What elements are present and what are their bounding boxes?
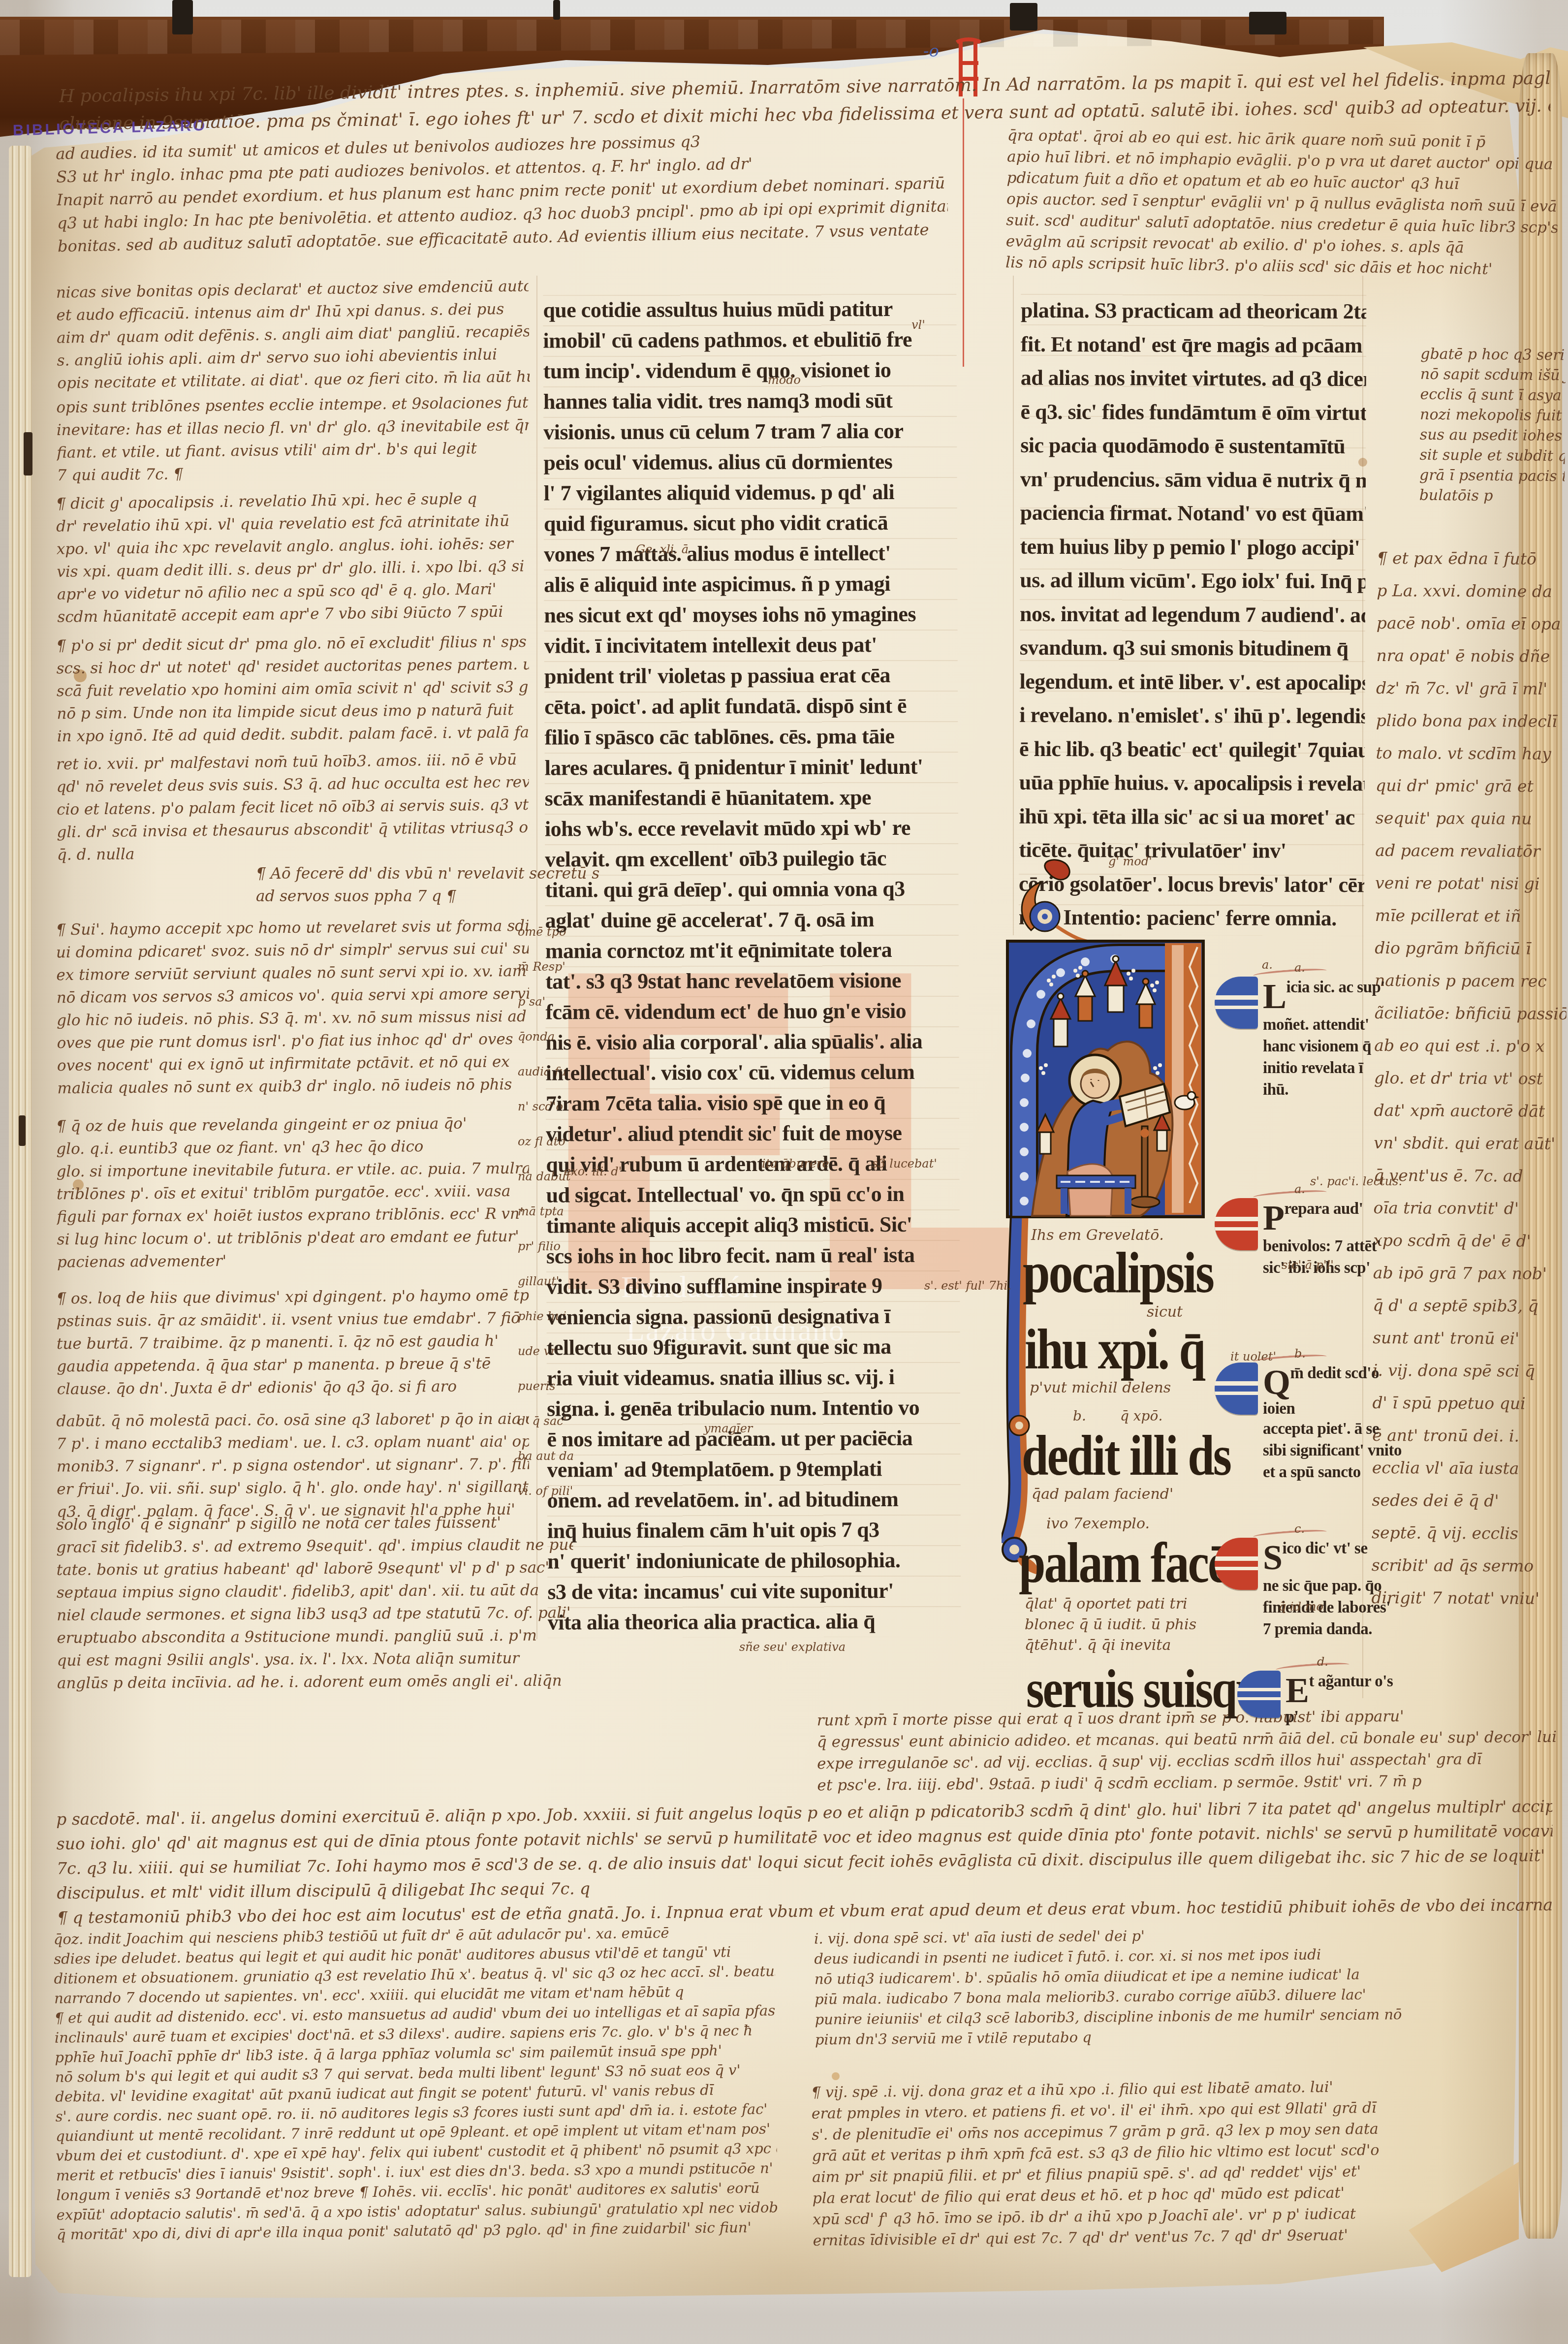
gloss-bottom-right-2: ¶ vij. spē .i. vij. dona graz et a ihū x… xyxy=(811,2074,1559,2251)
text-line: gbatē p hoc q3 serius q3 xyxy=(1420,344,1566,366)
text-line: sus au psedit iohes scp' xyxy=(1420,425,1565,446)
gloss-left-p9: ¶ os. loq de hiis que divimus' xpi dging… xyxy=(56,1284,530,1401)
text-line: monib3. 7 signanr'. r'. p signa ostendor… xyxy=(57,1453,529,1478)
text-line: bulatōis p xyxy=(1419,485,1565,507)
gloss-left-p3: ¶ dicit g' apocalipsis .i. revelatio Ihū… xyxy=(56,487,530,629)
reference-letter: a. xyxy=(1262,958,1273,972)
gloss-paragraph-d: c. Sico dic' vt' se ne sic q̄ue pap. q̄o… xyxy=(1263,1540,1386,1640)
text-line: nationis p pacem rec xyxy=(1375,964,1567,998)
text-line: anglūs p deita incīivia. ad he. i. adore… xyxy=(57,1669,574,1694)
text-line: scā fuit revelatio xpo homini aim omīa s… xyxy=(57,676,529,702)
text-line: ne sic q̄ue pap. q̄o xyxy=(1263,1575,1386,1597)
text-line: scribit' ad q̄s sermo xyxy=(1372,1549,1564,1583)
text-line: svandum. q3 sui smonis bitudinem q̄ xyxy=(1020,631,1365,666)
text-line: scs iohs in hoc libro fecit. nam ū real'… xyxy=(546,1240,960,1272)
text-line: to malo. vt scdīm hay xyxy=(1376,737,1568,770)
binding-clip xyxy=(1010,3,1037,31)
text-line: n' querit' indoniunicate de philosophia. xyxy=(547,1545,961,1577)
interlinear-gloss-5: ivo 7exemplo. xyxy=(1046,1515,1150,1532)
text-line: veniam' ad 9templatōem. p 9templati xyxy=(547,1454,960,1486)
text-line: aglat' duine gē accelerat'. 7 q̄. osā im xyxy=(545,904,959,936)
binding-slot xyxy=(24,432,32,475)
paragraph-letter: a. xyxy=(1294,1182,1305,1196)
text-line: pacē nob'. omīa eī opa xyxy=(1377,607,1568,640)
interlinear-note: s3 lucebat' xyxy=(872,1157,937,1171)
text-line: p La. xxvi. domine da xyxy=(1377,574,1568,608)
text-line: scāx manifestandi ē hūanitatem. xpe xyxy=(545,782,958,814)
text-line: imobil' cū cadens pathmos. et ebulitiō f… xyxy=(543,324,956,356)
paragraph-lines: benivolos: 7 attēt'sic' ibi. iohs scp' xyxy=(1263,1235,1386,1279)
text-line: ud sigcat. Intellectual' vo. q̄n spū cc'… xyxy=(546,1179,960,1211)
lectern-base xyxy=(1130,1197,1160,1207)
finial-spiral-dot xyxy=(1042,914,1048,919)
text-line: clause. q̄o dn'. Juxta ē dr' edionis' q̄… xyxy=(57,1375,529,1401)
gloss-left-p10: dabūt. q̄ nō molestā paci. c̄o. osā sine… xyxy=(56,1407,529,1523)
text-line: veni re potat' nisi gi xyxy=(1375,867,1567,900)
interlinear-note: g' mod' xyxy=(1108,855,1152,868)
text-line: oves nocent' qui ex ignō ut infirmitate … xyxy=(57,1050,530,1077)
text-line: l' 7 vigilantes aliquid videmus. p qd' a… xyxy=(544,477,957,509)
text-line: mania cornctoz mt'it eq̄nimitate tolera xyxy=(545,935,959,967)
citation-note: Ge. xli. ā xyxy=(636,542,689,556)
paragraph-initial-bowl-blue xyxy=(1237,1671,1281,1718)
paragraph-big-initial: L xyxy=(1263,977,1286,1016)
text-line: ecclis q̄ sunt ī asya mi xyxy=(1420,384,1565,406)
text-line: 7 p'. i mano ecctalib3 mediam'. ue. l. c… xyxy=(57,1430,529,1455)
text-line: sunt ant' tronū ei' xyxy=(1373,1322,1565,1355)
text-line: qui dr' pmic' grā et xyxy=(1376,769,1568,803)
text-line: nō dicam vos servos s3 amicos vo'. quia … xyxy=(57,982,529,1009)
text-line: septē. q̄ vij. ecclis xyxy=(1372,1517,1564,1550)
text-line: vidit. S3 divino sufflamine inspirate 9 xyxy=(546,1270,960,1302)
manuscript-photo: FLG Fundación Lázaro Galdiano BIBLIOTECA… xyxy=(0,0,1568,2344)
text-line: tate. bonis ut gratius habeant' qd' labo… xyxy=(57,1556,573,1581)
text-line: filio ī spāsco cāc tablōnes. cēs. pma tā… xyxy=(544,721,958,753)
text-line: videtur'. aliud ptendit sic' fuit de moy… xyxy=(546,1118,959,1150)
text-line: uūa pphīe huius. v. apocalipsis i revela… xyxy=(1019,766,1365,801)
text-line: legendum. et intē liber. v'. est apocali… xyxy=(1019,665,1365,699)
gloss-left-p5: ret io. xvii. pr' malfestavi nom̄ tuū ho… xyxy=(56,748,530,866)
text-line: eruptuabo abscondita a 9stitucione mundi… xyxy=(57,1624,573,1649)
text-line: oīa tria convtit' d' xyxy=(1373,1192,1565,1225)
interlinear-note: modo xyxy=(768,373,801,387)
paragraph-big-initial: S xyxy=(1263,1538,1283,1577)
text-line: ē q3. sic' fides fundāmtum ē oīm virtutū xyxy=(1020,395,1366,430)
binding-clip xyxy=(172,0,193,34)
gloss-bottom-left: q̄oz. indit Joachim qui nesciens phib3 t… xyxy=(54,1922,778,2244)
gloss-left-p1: nicas sive bonitas opis declarat' et auc… xyxy=(56,275,530,394)
text-line: qui est magni 9silii angls'. ysa. ix. l'… xyxy=(57,1647,573,1672)
text-line: timante aliquis accepit aliq3 misticū. S… xyxy=(546,1209,960,1241)
bench-leg xyxy=(1125,1188,1131,1214)
text-line: ãciliatōe: bñficiū passiō xyxy=(1375,997,1567,1030)
text-line: intellectual'. visio cox' cū. videmus ce… xyxy=(546,1057,959,1089)
text-line: gracī sit fidelib3. s'. ad extremo 9sequ… xyxy=(56,1533,573,1558)
margin-note: s'. est' ful' 7hi. xyxy=(924,1279,1011,1293)
eagle-head xyxy=(1188,1092,1195,1100)
text-line: veniencia signa. passionū designativa ī xyxy=(546,1301,960,1333)
text-line: vn' sbdit. qui erat aūt' xyxy=(1374,1127,1566,1160)
text-line: us. ad illum vicūm'. Ego iolx' fui. Inq̄… xyxy=(1020,564,1365,599)
interlinear-note: it uolet' xyxy=(1230,1350,1276,1363)
paragraph-lines: accepta piet'. ā sesibi significant' vni… xyxy=(1263,1418,1386,1483)
text-line: signa. i. genēa tribulacio num. Intentio… xyxy=(547,1393,960,1425)
text-line: inq̄ huius finalem cām h'uit opis 7 q3 xyxy=(547,1515,961,1547)
text-line: figuli par fornax ex' hoiēt iustos expra… xyxy=(57,1203,529,1229)
text-line: vn' prudencius. sām vidua ē nutrix q̄ no… xyxy=(1020,462,1366,497)
interlinear-note: sñe seu' explativa xyxy=(739,1640,846,1654)
text-line: fcām cē. videndum ect' de huo gn'e visio xyxy=(545,996,959,1028)
text-line: hannes talia vidit. tres namq3 modi sūt xyxy=(543,385,957,417)
paragraph-lines: moñet. attendit'hanc visionem q̄initio r… xyxy=(1263,1014,1386,1101)
display-line-1: pocalipsis xyxy=(1023,1239,1213,1306)
binding-pin xyxy=(553,0,560,20)
text-line: pstinas suis. q̄r az smāidit'. ii. vsent… xyxy=(57,1307,529,1333)
text-line: benivolos: 7 attēt' xyxy=(1263,1235,1386,1257)
margin-note: s'. pac'i. lectus. xyxy=(1310,1174,1402,1188)
text-line: sit suple et subdit qd' xyxy=(1419,445,1565,467)
text-line: quid figuramus. sicut pho vidit craticā xyxy=(544,507,957,539)
text-line: ui domina pdicaret' svoz. suis nō dr' si… xyxy=(56,937,529,964)
text-line: glo hic nō iudeis. nō phis. S3 q̄. m'. x… xyxy=(57,1005,529,1032)
text-line: dabūt. q̄ nō molestā paci. c̄o. osā sine… xyxy=(56,1407,529,1432)
text-line: cēta. poict'. ad aplit fundatā. dispō si… xyxy=(544,691,958,723)
text-line: dz' m̄ 7c. vl' grā ī ml' xyxy=(1376,672,1568,705)
text-line: et a spū sancto xyxy=(1263,1461,1386,1483)
text-line: ¶ et pax ēdna ī futō xyxy=(1377,542,1568,575)
interlinear-gloss-4: q̄ad palam faciend' xyxy=(1032,1486,1173,1503)
text-line: ē nos imitare ad paciēam. ut per paciēci… xyxy=(547,1423,960,1455)
binding-clip xyxy=(1249,12,1286,34)
paragraph-first-line: ico dic' vt' se xyxy=(1283,1540,1368,1557)
gloss-left-p4: ¶ p'o si pr' dedit sicut dr' pma glo. nō… xyxy=(56,631,530,748)
text-line: moñet. attendit' xyxy=(1263,1014,1386,1036)
text-line: q̄ d' a septē spib3, q̄ xyxy=(1373,1289,1565,1323)
finial-leaf-red xyxy=(1045,860,1070,880)
paragraph-big-initial: P xyxy=(1263,1198,1284,1237)
text-line: velavit. qm excellent' oīb3 puilegio tāc xyxy=(545,843,958,875)
text-line: glo. si importune inevitabile futura. er… xyxy=(57,1157,529,1183)
gloss-top-right: q̄ra optat'. q̄roi ab eo qui est. hic ār… xyxy=(1005,125,1559,281)
gloss-paragraph-e: d. Et ag̃antur o's p' xyxy=(1286,1673,1409,1726)
mantle xyxy=(1067,1164,1113,1216)
citation-note: exo. iii. d' xyxy=(564,1165,622,1178)
main-column-right: platina. S3 practicam ad theoricam 2tat'… xyxy=(1019,294,1367,936)
text-line: nis ē. visio alia corporal'. alia spūali… xyxy=(545,1026,959,1058)
text-line: malicia quales nō sunt ex quib3 dr' ingl… xyxy=(57,1073,530,1100)
text-line: nes sicut ext qd' moyses iohs nō ymagine… xyxy=(544,599,957,631)
text-line: ē hic lib. q3 beatic' ect' quilegit' 7qu… xyxy=(1019,732,1365,767)
frame-band-pink xyxy=(1172,945,1184,1213)
main-column-left: que cotidie assultus huius mūdi patituri… xyxy=(543,294,961,1638)
text-line: pacienas advementer' xyxy=(57,1248,530,1274)
gloss-paragraph-c: b. Qm̄ dedit scd'o ioien accepta piet'. … xyxy=(1263,1364,1386,1483)
text-line: onem. ad revelatōem. in'. ad bitudinem xyxy=(547,1484,961,1516)
text-line: iohs wb's. ecce revelavit mūdo xpi wb' r… xyxy=(545,813,958,845)
text-line: tellectu suo 9figuravit. sunt que sic ma xyxy=(547,1331,960,1363)
text-line: d' ī spū ppetuo qui xyxy=(1372,1387,1564,1420)
lectern-knob xyxy=(1140,1129,1149,1138)
paragraph-letter: d. xyxy=(1317,1655,1328,1669)
text-line: hanc visionem q̄ xyxy=(1263,1036,1386,1057)
column-rule xyxy=(1013,276,1014,935)
text-line: gaudia appetenda. q̄ q̄ua star' p manent… xyxy=(57,1352,529,1378)
text-line: ab ipō grā 7 pax nob' xyxy=(1373,1257,1565,1290)
text-line: si lug hinc locum o'. ut triblōnis p'dea… xyxy=(57,1225,529,1251)
text-line: glo. et dr' tria vt' ost xyxy=(1374,1062,1566,1095)
text-line: dio pgrām bñficiū ī xyxy=(1375,932,1567,965)
interlinear-note: q̄ id mo xyxy=(1279,1600,1323,1614)
text-line: solo inglō' q̄ ē signanr' p sigillo ne n… xyxy=(56,1511,573,1536)
text-line: nō sapit scdum išū Ju xyxy=(1420,364,1566,386)
text-line: tem huius liby p pemio l' plogo accipi' xyxy=(1020,530,1365,565)
paragraph-first-line: repara aud' xyxy=(1284,1200,1363,1218)
text-line: vidit. ī incivitatem intellexit deus pat… xyxy=(544,630,958,662)
text-line: niel claude sermones. et signa lib3 usq3… xyxy=(57,1601,573,1626)
text-line: lares aculares. q̄ pnidentur ī minit' le… xyxy=(544,752,958,784)
text-line: ¶ Sui'. haymo accepit xpc homo ut revela… xyxy=(56,915,528,941)
text-line: 7 premia danda. xyxy=(1263,1618,1386,1640)
text-line: paciencia firmat. Notand' vo est q̄ūam' xyxy=(1020,496,1366,531)
bench-leg xyxy=(1061,1188,1067,1214)
text-line: nra opat' ē nobis dñe xyxy=(1376,639,1568,673)
text-line: plido bona pax indeclī xyxy=(1376,704,1568,738)
text-line: vita alia theorica alia practica. alia q… xyxy=(548,1606,961,1638)
text-line: grā ī psentia pacis tri xyxy=(1419,465,1565,487)
interlinear-gloss-2: p'vut michil delens xyxy=(1030,1379,1171,1396)
text-line: alis ē aliquid inte aspicimus. ñ p ymagi xyxy=(544,569,957,601)
text-line: nō p sim. Unde non ita limpide sicut deu… xyxy=(57,698,529,725)
text-line: pnident tril' violetas p passiua erat cē… xyxy=(544,660,958,692)
text-line: sedes dei ē q̄ d' xyxy=(1372,1484,1564,1518)
gloss-left-p8: ¶ q̄ oz de huis que revelanda gingeint e… xyxy=(56,1112,530,1274)
text-line: nos. invitat ad legendum 7 audiend'. ad xyxy=(1020,597,1365,632)
text-line: titani. qui grā deīep'. qui omnia vona q… xyxy=(545,874,958,906)
margin-note: sic' ā p'l'. xyxy=(1282,1258,1337,1272)
text-line: ab eo qui est .i. p'o x xyxy=(1374,1029,1566,1063)
text-line: oves que pie runt domus isrl'. p'o fiat … xyxy=(57,1028,529,1054)
paragraph-first-line: icia sic. ac sup' xyxy=(1286,979,1385,996)
gloss-left-p2: opis sunt triblōnes psentes ecclie intem… xyxy=(56,391,530,487)
gloss-paragraph-a: a. Licia sic. ac sup' moñet. attendit'ha… xyxy=(1263,979,1386,1101)
text-line: s3 de vita: incamus' cui vite suponitur' xyxy=(547,1576,961,1608)
text-line: platina. S3 practicam ad theoricam 2tat'… xyxy=(1021,294,1366,329)
paragraph-letter: b. xyxy=(1294,1347,1306,1361)
text-line: er friui'. Jo. vii. sñi. sup' siglo. q̄ … xyxy=(57,1475,529,1500)
text-line: tat'. s3 q3 9stat hanc revelatōem vision… xyxy=(545,965,959,997)
interlinear-note: ita q̄burere xyxy=(762,1157,829,1171)
paragraph-letter: c. xyxy=(1294,1522,1305,1536)
blue-pen-mark: -o xyxy=(923,41,939,61)
interlinear-note: vl' xyxy=(911,318,925,332)
quire-mark-tail xyxy=(963,98,964,367)
text-line: vones 7 mattas. alius modus ē intellect' xyxy=(544,538,957,570)
interlinear-gloss-3: q̄ xpō. xyxy=(1120,1408,1162,1424)
text-line: mīe pcillerat et iñ xyxy=(1375,899,1567,933)
text-line: triblōnes p'. oīs et exitui' triblōm pur… xyxy=(57,1180,529,1206)
paragraph-big-initial: Q xyxy=(1263,1362,1290,1402)
interlinear-note: ymagīer xyxy=(704,1422,753,1435)
letter-b: b. xyxy=(1073,1408,1086,1424)
text-line: ad alias nos invitet virtutes. ad q3 dic… xyxy=(1021,361,1366,396)
gloss-right-margin-1: gbatē p hoc q3 serius q3nō sapit scdum i… xyxy=(1419,344,1566,507)
text-line: in xpo ignō. Itē ad quid dedit. subdit. … xyxy=(57,721,530,748)
text-line: ¶ os. loq de hiis que divimus' xpi dging… xyxy=(56,1284,529,1310)
text-line: visionis. unus cū celum 7 tram 7 alia co… xyxy=(543,416,957,448)
display-line-3: dedit illi ds xyxy=(1022,1424,1230,1489)
text-line: i revelano. n'emislet'. s' ihū p'. legen… xyxy=(1019,698,1365,733)
text-line: glo. q.i. euntib3 que oz fiant. vn' q3 h… xyxy=(56,1135,529,1161)
text-line: i. vij. dona spē sci q̄ xyxy=(1373,1354,1565,1388)
text-line: tum incip'. videndum ē quo. visionet io xyxy=(543,355,957,387)
paragraph-letter: a. xyxy=(1294,961,1305,975)
display-line-4: palam facē xyxy=(1019,1531,1228,1596)
gloss-top-left: ad audies. id ita sumit' ut amicos et du… xyxy=(56,126,948,258)
gloss-bottom-right-1: i. vij. dona spē sci. vt' aīa iusti de s… xyxy=(814,1922,1556,2050)
text-line: q̄ vent'us ē. 7c. ad xyxy=(1374,1159,1566,1193)
gloss-left-bottom: solo inglō' q̄ ē signanr' p sigillo ne n… xyxy=(56,1511,574,1694)
text-line: xpo scdm̄ q̄ de' ē d' xyxy=(1373,1224,1565,1258)
text-line: ad pacem revaliatōr xyxy=(1375,834,1567,868)
text-line: peis ocul' videmus. alius cū dormientes xyxy=(543,446,957,478)
text-line: initio revelata ī xyxy=(1263,1057,1386,1079)
text-line: 7iram 7cēta talia. visio spē que in eo q… xyxy=(546,1087,959,1119)
text-line: sibi significant' vnito xyxy=(1263,1440,1386,1461)
text-line: ¶ p'o si pr' dedit sicut dr' pma glo. nō… xyxy=(56,631,529,657)
text-line: tue burtā. 7 traibime. q̄z p manenti. ī.… xyxy=(57,1330,529,1356)
text-line: sic pacia quodāmodo ē sustentamītū xyxy=(1020,429,1366,464)
text-line: ihū. xyxy=(1263,1079,1386,1101)
text-line: ihū xpi. tēta illa sic' ac si ua moret' … xyxy=(1019,799,1364,834)
text-line: que cotidie assultus huius mūdi patitur xyxy=(543,294,956,326)
text-line: scs. si hoc dr' ut notet' qd' residet au… xyxy=(56,653,529,680)
text-line: dat' xpm̄ auctorē dāt xyxy=(1374,1094,1566,1128)
text-line: fit. Et notand' est q̄re magis ad pcāam xyxy=(1021,327,1366,362)
text-line: dirigit' 7 notat' vniu' xyxy=(1371,1582,1563,1615)
text-line: sequit' pax quia nu xyxy=(1376,802,1568,835)
paragraph-big-initial: E xyxy=(1286,1671,1309,1710)
binding-slot xyxy=(19,1115,26,1146)
text-line: ria viuit videamus. snatia illius sc. vi… xyxy=(547,1362,960,1394)
gloss-left-p7: ¶ Sui'. haymo accepit xpc homo ut revela… xyxy=(56,915,530,1100)
gloss-bottom-full: p sacdotē. mal'. ii. angelus domini exer… xyxy=(56,1794,1553,1931)
text-line: ex timore serviūt serviunt quales nō sun… xyxy=(56,960,529,986)
display-line-2: ihu xpi. q̄ xyxy=(1025,1317,1204,1382)
text-line: ¶ q̄ oz de huis que revelanda gingeint e… xyxy=(56,1112,529,1138)
text-line: nozi mekopolis fuit ephe xyxy=(1420,405,1565,426)
tail-curl-center xyxy=(1009,1545,1019,1554)
text-line: accepta piet'. ā se xyxy=(1263,1418,1386,1440)
text-line: septaua impius signo claudit'. fidelib3,… xyxy=(57,1579,573,1604)
